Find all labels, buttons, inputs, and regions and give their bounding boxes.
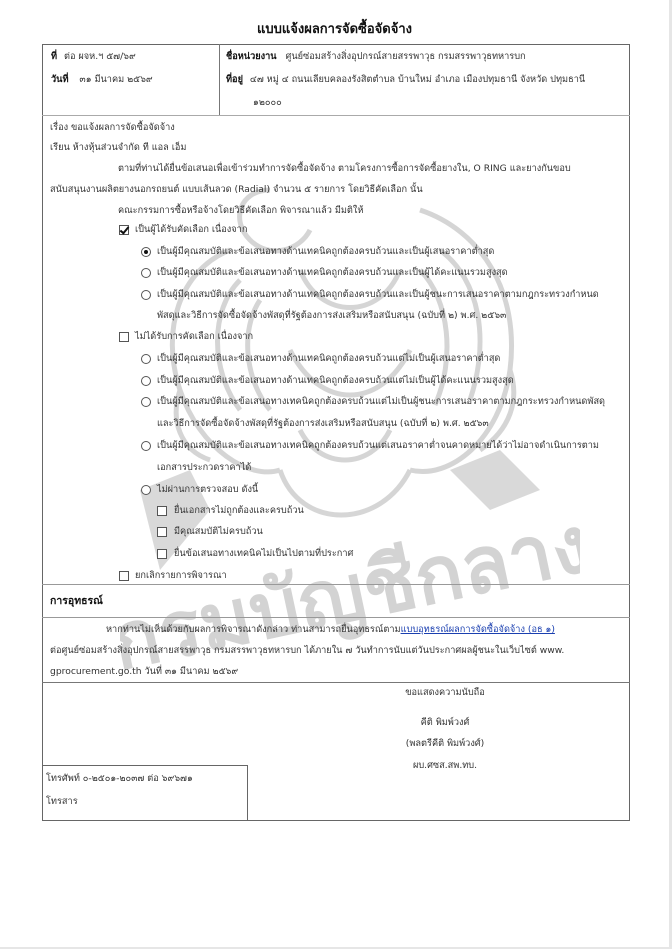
not-selected-option-5-label: ไม่ผ่านการตรวจสอบ ดังนี้ (157, 484, 258, 496)
not-selected-option-2-label: เป็นผู้มีคุณสมบัติและข้อเสนอทางด้านเทคนิ… (157, 375, 514, 387)
selected-label: เป็นผู้ได้รับคัดเลือก เนื่องจาก (135, 224, 247, 236)
failed-check-2-checkbox[interactable] (157, 527, 167, 537)
agency-name: ชื่อหน่วยงาน ศูนย์ซ่อมสร้างสิ่งอุปกรณ์สา… (226, 51, 526, 63)
not-selected-option-5-radio[interactable] (141, 485, 151, 495)
appeal-form-link[interactable]: แบบอุทธรณ์ผลการจัดซื้อจัดจ้าง (อธ ๑) (401, 624, 555, 635)
selected-option-3-radio[interactable] (141, 290, 151, 300)
appeal-line-2: ต่อศูนย์ซ่อมสร้างสิ่งอุปกรณ์สายสรรพาวุธ … (50, 645, 564, 657)
appeal-line-3: gprocurement.go.th วันที่ ๓๑ มีนาคม ๒๕๖๙ (50, 666, 238, 678)
agency-address: ที่อยู่ ๔๗ หมู่ ๔ ถนนเลียบคลองรังสิตตำบล… (226, 74, 585, 86)
appeal-line-1: หากท่านไม่เห็นด้วยกับผลการพิจารณาดังกล่า… (106, 624, 555, 636)
signature-position: ผบ.ศซส.สพ.ทบ. (355, 760, 535, 772)
ref-value: ต่อ ผจห.ฯ ๕๗/๖๙ (64, 51, 136, 62)
signature-closing: ขอแสดงความนับถือ (355, 687, 535, 699)
failed-check-1-label: ยื่นเอกสารไม่ถูกต้องและครบถ้วน (174, 505, 304, 517)
form-frame (42, 44, 630, 821)
body-line-1: ตามที่ท่านได้ยื่นข้อเสนอเพื่อเข้าร่วมทำก… (118, 163, 571, 175)
appeal-heading: การอุทธรณ์ (50, 595, 103, 607)
selected-checkbox[interactable] (119, 225, 129, 235)
agency-label: ชื่อหน่วยงาน (226, 51, 277, 62)
selected-option-3-label-cont: พัสดุและวิธีการจัดซื้อจัดจ้างพัสดุที่รัฐ… (157, 310, 506, 322)
contact-phone: โทรศัพท์ ๐-๒๕๐๑-๒๐๓๗ ต่อ ๖๙๖๗๑ (46, 773, 193, 785)
selected-option-2-label: เป็นผู้มีคุณสมบัติและข้อเสนอทางด้านเทคนิ… (157, 267, 508, 279)
selected-option-3-label: เป็นผู้มีคุณสมบัติและข้อเสนอทางด้านเทคนิ… (157, 289, 599, 301)
failed-check-2-label: มีคุณสมบัติไม่ครบถ้วน (174, 526, 263, 538)
appeal-line-1-text: หากท่านไม่เห็นด้วยกับผลการพิจารณาดังกล่า… (106, 624, 401, 635)
not-selected-option-1-label: เป็นผู้มีคุณสมบัติและข้อเสนอทางด้านเทคนิ… (157, 353, 500, 365)
not-selected-checkbox[interactable] (119, 332, 129, 342)
not-selected-option-3-label-cont: และวิธีการจัดซื้อจัดจ้างพัสดุที่รัฐต้องก… (157, 418, 489, 430)
not-selected-option-4-radio[interactable] (141, 441, 151, 451)
document-date: วันที่ ๓๑ มีนาคม ๒๕๖๙ (51, 74, 153, 86)
committee-line: คณะกรรมการซื้อหรือจ้างโดยวิธีคัดเลือก พิ… (118, 205, 363, 217)
selected-option-2-radio[interactable] (141, 268, 151, 278)
address-line-1: ๔๗ หมู่ ๔ ถนนเลียบคลองรังสิตตำบล บ้านใหม… (250, 74, 585, 85)
selected-option-1-radio[interactable] (141, 247, 151, 257)
cancel-label: ยกเลิกรายการพิจารณา (135, 570, 227, 582)
body-bottom-line (42, 584, 630, 585)
not-selected-option-4-label-cont: เอกสารประกวดราคาได้ (157, 462, 251, 474)
not-selected-option-3-label: เป็นผู้มีคุณสมบัติและข้อเสนอทางเทคนิคถูก… (157, 396, 605, 408)
failed-check-3-label: ยื่นข้อเสนอทางเทคนิคไม่เป็นไปตามที่ประกา… (174, 548, 353, 560)
address-line-2: ๑๒๐๐๐ (253, 97, 282, 109)
appeal-bottom-line (42, 682, 630, 683)
subject: เรื่อง ขอแจ้งผลการจัดซื้อจัดจ้าง (50, 122, 175, 134)
document-page: กรมบัญชีกลาง แบบแจ้งผลการจัดซื้อจัดจ้าง … (0, 0, 669, 947)
ref-label: ที่ (51, 51, 57, 62)
not-selected-label: ไม่ได้รับการคัดเลือก เนื่องจาก (135, 331, 253, 343)
signature-full-name: (พลตรีคีติ พิมพ์วงศ์) (355, 738, 535, 750)
page-title: แบบแจ้งผลการจัดซื้อจัดจ้าง (0, 18, 669, 39)
agency-value: ศูนย์ซ่อมสร้างสิ่งอุปกรณ์สายสรรพาวุธ กรม… (285, 51, 525, 62)
not-selected-option-1-radio[interactable] (141, 354, 151, 364)
failed-check-1-checkbox[interactable] (157, 506, 167, 516)
reference-number: ที่ ต่อ ผจห.ฯ ๕๗/๖๙ (51, 51, 136, 63)
address-label: ที่อยู่ (226, 74, 243, 85)
recipient: เรียน ห้างหุ้นส่วนจำกัด ที แอล เอ็ม (50, 142, 186, 154)
not-selected-option-2-radio[interactable] (141, 376, 151, 386)
cancel-checkbox[interactable] (119, 571, 129, 581)
contact-fax: โทรสาร (46, 796, 78, 808)
not-selected-option-3-radio[interactable] (141, 397, 151, 407)
header-bottom-line (42, 115, 630, 116)
signature-name: คีติ พิมพ์วงศ์ (355, 717, 535, 729)
appeal-heading-line (42, 617, 630, 618)
date-label: วันที่ (51, 74, 69, 85)
selected-option-1-label: เป็นผู้มีคุณสมบัติและข้อเสนอทางด้านเทคนิ… (157, 246, 494, 258)
body-line-2: สนับสนุนงานผลิตยางนอกรถยนต์ แบบเส้นลวด (… (50, 184, 423, 196)
date-value: ๓๑ มีนาคม ๒๕๖๙ (79, 74, 152, 85)
failed-check-3-checkbox[interactable] (157, 549, 167, 559)
header-divider (219, 44, 220, 115)
not-selected-option-4-label: เป็นผู้มีคุณสมบัติและข้อเสนอทางเทคนิคถูก… (157, 440, 599, 452)
